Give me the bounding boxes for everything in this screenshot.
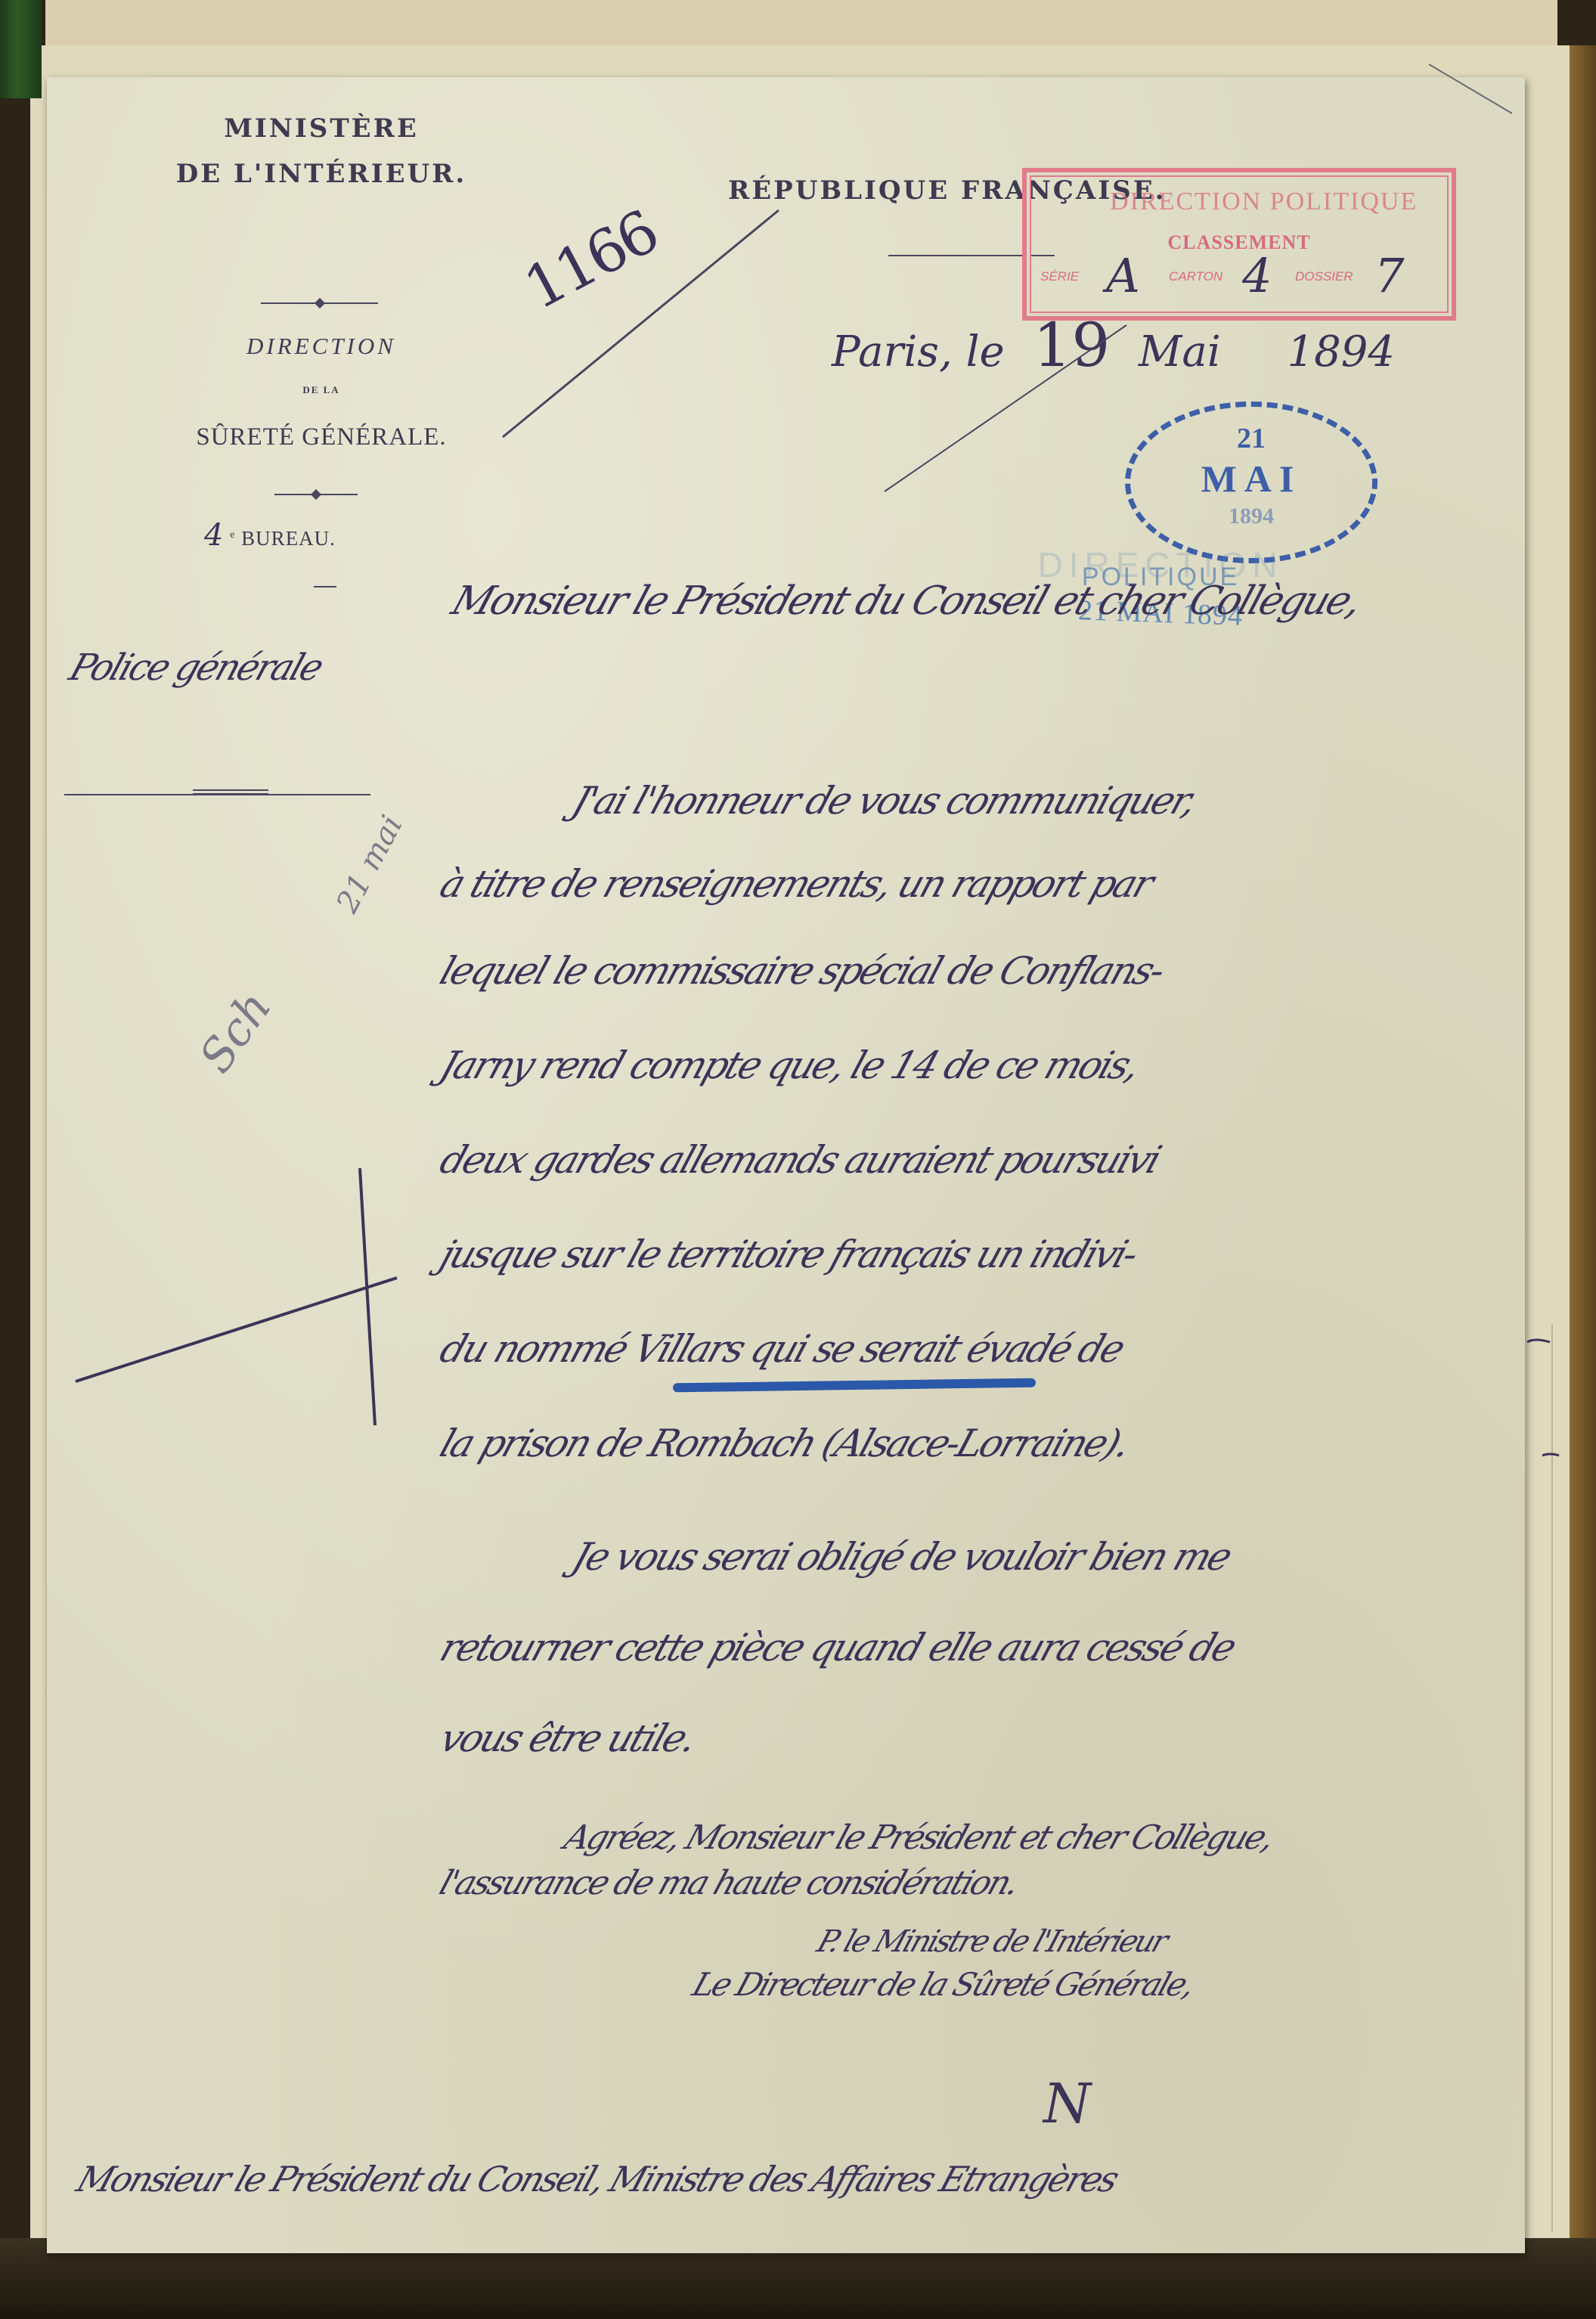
diagonal-stroke-date [885,325,1126,491]
margin-cross-vertical [360,1168,375,1425]
ink-strokes-layer [0,0,1596,2319]
margin-cross-horizontal [76,1278,397,1381]
right-margin-mark-1 [1527,1340,1550,1342]
right-margin-mark-2 [1542,1454,1559,1456]
diagonal-stroke-header [503,210,779,437]
corner-pencil-stroke [1429,64,1512,113]
